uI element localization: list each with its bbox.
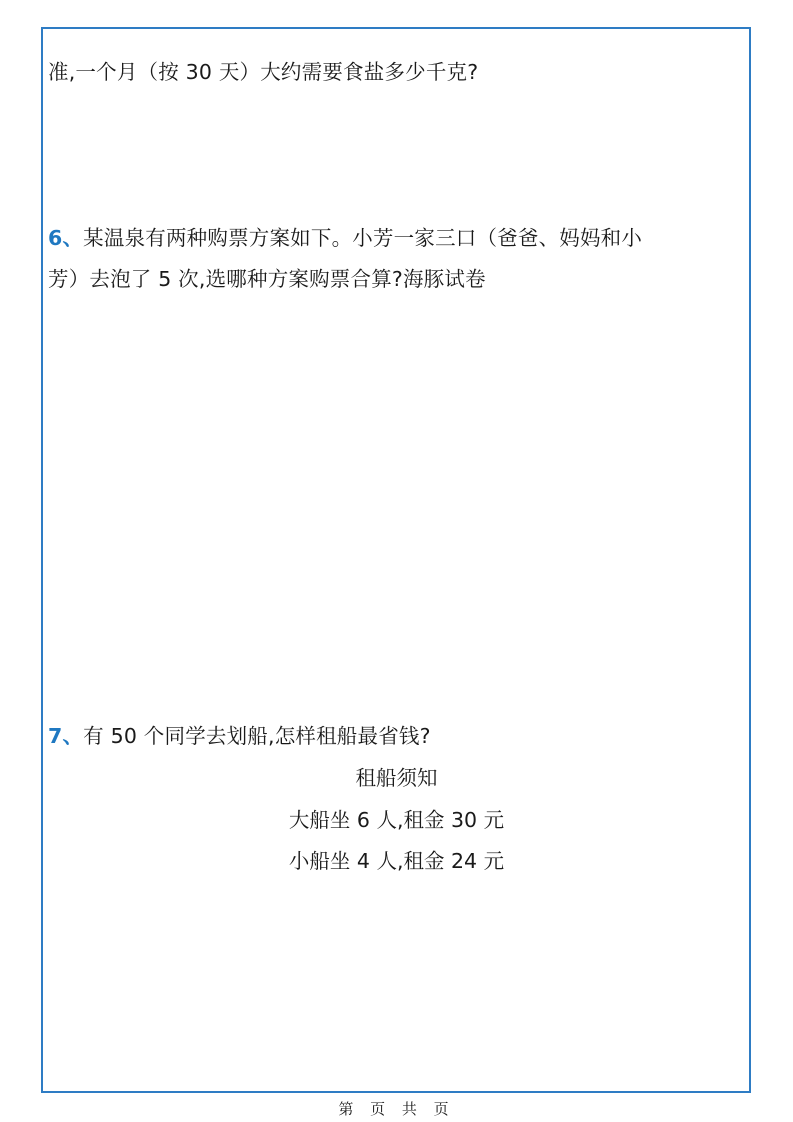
page-border (41, 27, 751, 1093)
question-7-line: 7、有 50 个同学去划船,怎样租船最省钱? (48, 722, 431, 750)
question-7-text: 有 50 个同学去划船,怎样租船最省钱? (83, 724, 431, 748)
rental-notice-small-boat: 小船坐 4 人,租金 24 元 (0, 847, 793, 875)
rental-notice-title: 租船须知 (0, 764, 793, 792)
rental-notice-large-boat: 大船坐 6 人,租金 30 元 (0, 806, 793, 834)
question-6-line-1: 6、某温泉有两种购票方案如下。小芳一家三口（爸爸、妈妈和小 (48, 224, 642, 252)
question-5-continuation: 准,一个月（按 30 天）大约需要食盐多少千克? (48, 58, 478, 86)
question-6-line-2: 芳）去泡了 5 次,选哪种方案购票合算?海豚试卷 (48, 265, 486, 293)
question-6-number: 6、 (48, 226, 83, 250)
page-footer: 第 页 共 页 (0, 1098, 793, 1119)
question-7-number: 7、 (48, 724, 83, 748)
question-6-text-1: 某温泉有两种购票方案如下。小芳一家三口（爸爸、妈妈和小 (83, 226, 642, 250)
